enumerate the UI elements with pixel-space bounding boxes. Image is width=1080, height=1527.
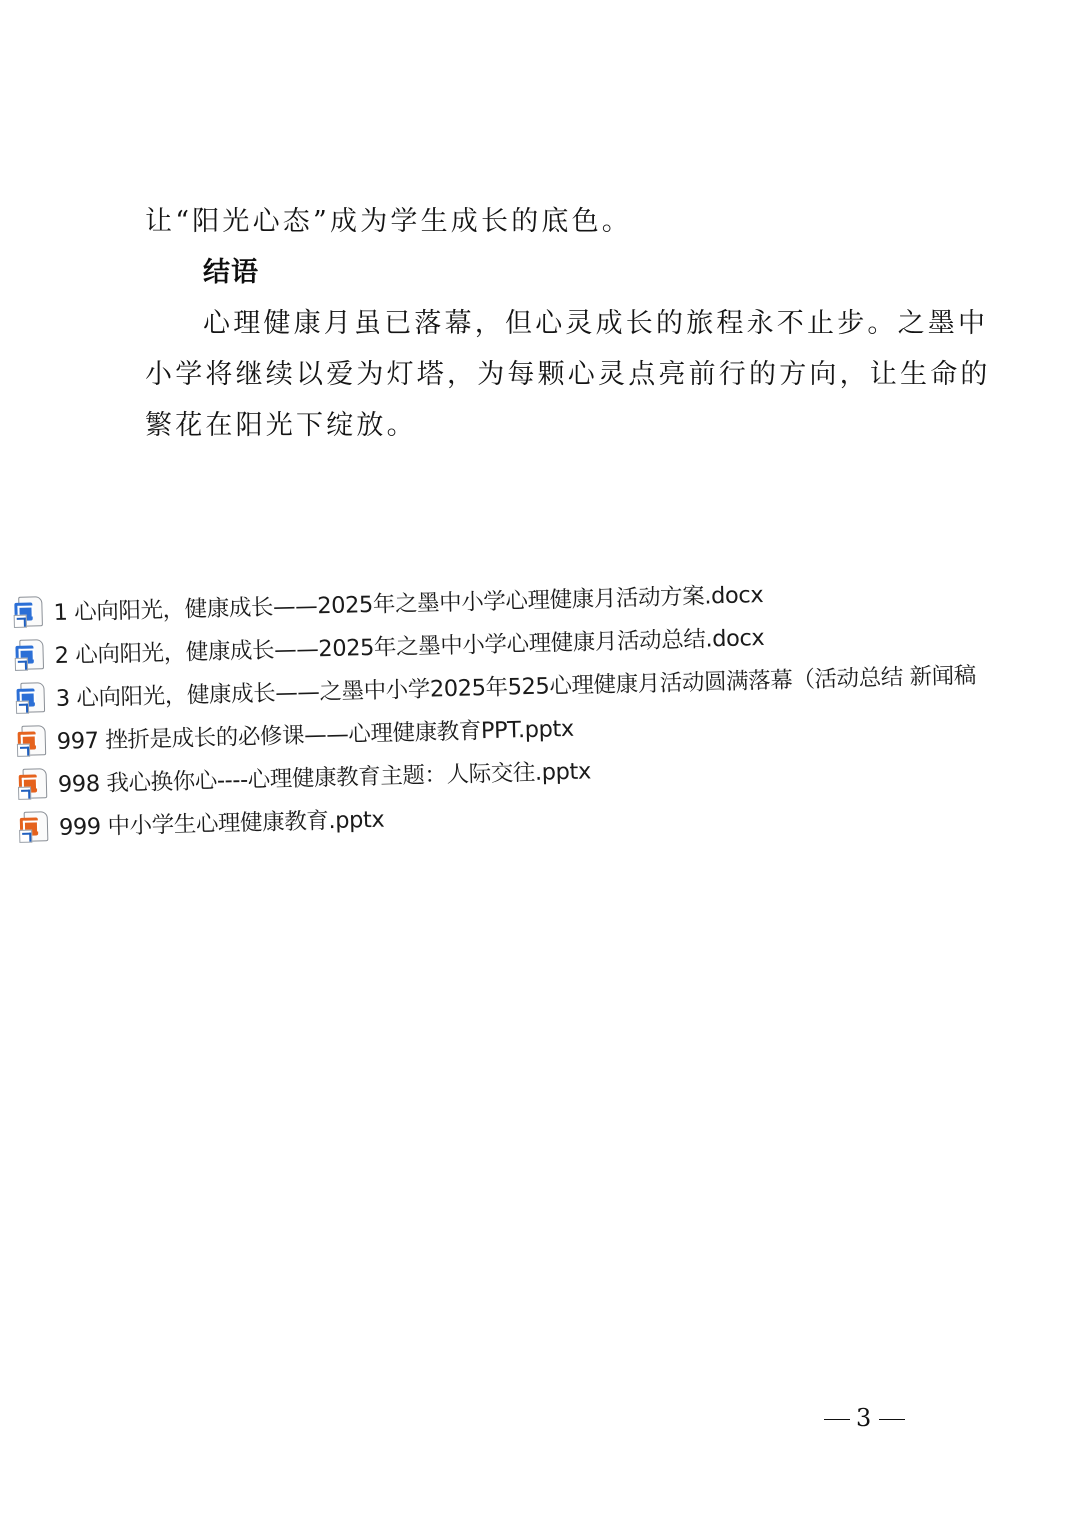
word-doc-shortcut-icon [13,637,46,672]
word-doc-shortcut-icon [14,680,47,715]
closing-line: 让“阳光心态”成为学生成长的底色。 [145,196,945,247]
dash-left [824,1419,850,1421]
page-number-value: 3 [856,1404,873,1432]
document-page: 让“阳光心态”成为学生成长的底色。 结语 心理健康月虽已落幕，但心灵成长的旅程永… [0,0,1080,1527]
word-doc-shortcut-icon [12,594,45,629]
file-name: 997 挫折是成长的必修课——心理健康教育PPT.pptx [56,710,574,755]
conclusion-paragraph: 心理健康月虽已落幕，但心灵成长的旅程永不止步。之墨中 小学将继续以爱为灯塔，为每… [145,298,945,451]
ppt-shortcut-icon [16,766,49,801]
section-heading: 结语 [203,247,259,298]
page-number: 3 [818,1404,911,1432]
paragraph-line: 小学将继续以爱为灯塔，为每颗心灵点亮前行的方向，让生命的 [145,349,945,400]
ppt-shortcut-icon [15,723,48,758]
ppt-shortcut-icon [18,809,51,844]
paragraph-line: 心理健康月虽已落幕，但心灵成长的旅程永不止步。之墨中 [145,298,945,349]
file-name: 999 中小学生心理健康教育.pptx [59,801,385,841]
paragraph-line: 繁花在阳光下绽放。 [145,400,945,451]
attachment-file-list: 1 心向阳光，健康成长——2025年之墨中小学心理健康月活动方案.docx 2 … [12,562,1080,848]
dash-right [879,1419,905,1421]
